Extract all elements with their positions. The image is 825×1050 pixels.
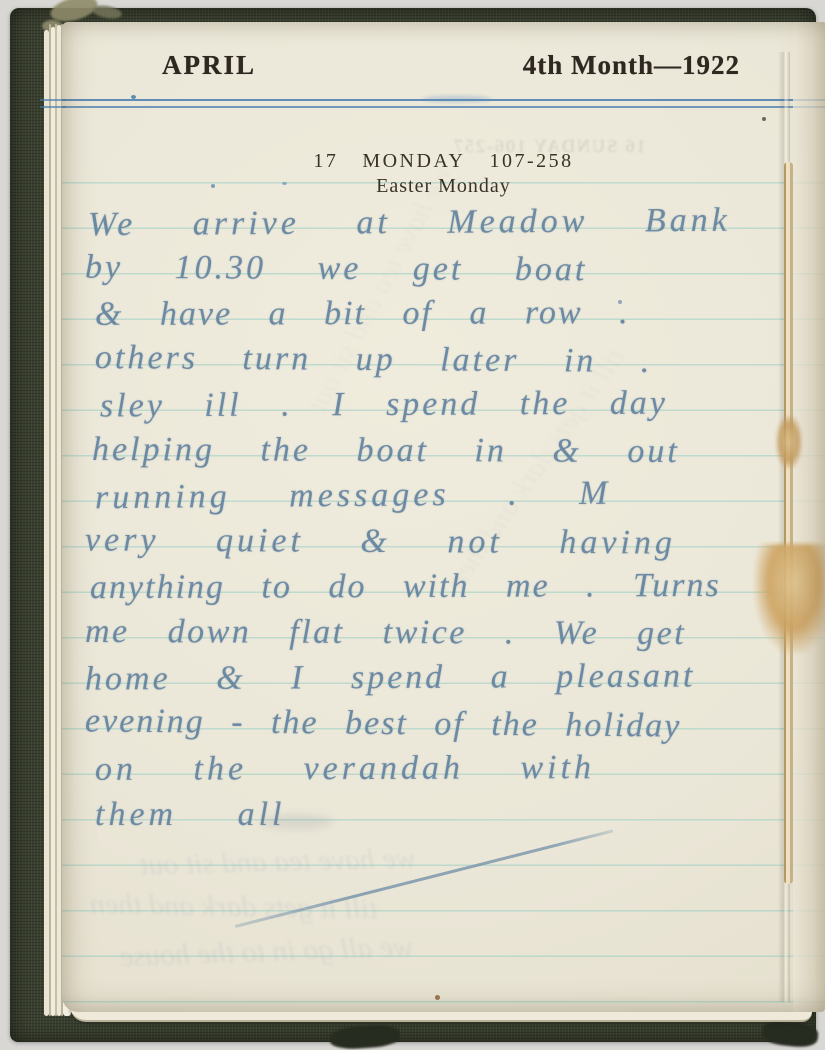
day-name: MONDAY (362, 150, 465, 172)
ink-speck (762, 117, 766, 121)
handwriting-line: by 10.30 we get boat (85, 249, 588, 290)
handwriting-line: helping the boat in & out (92, 431, 680, 471)
handwriting-line: sley ill . I spend the day (100, 385, 668, 426)
holiday-label: Easter Monday (62, 175, 825, 198)
ink-speck (211, 184, 215, 188)
rule-dash (40, 99, 66, 101)
glue-stain (754, 544, 825, 654)
photo-background: 16 SUNDAY 106-257 we have tea and sit ou… (0, 0, 825, 1050)
month-title: APRIL (162, 50, 256, 81)
day-number: 17 (313, 150, 338, 172)
handwriting-line: very quiet & not having (85, 521, 676, 562)
handwriting-line: on the verandah with (95, 749, 595, 789)
foxing-speck (435, 995, 440, 1000)
rule-dash (40, 106, 66, 108)
ink-speck (282, 182, 287, 185)
page-numbers: 107-258 (490, 150, 574, 172)
handwriting-line: others turn up later in . (95, 339, 653, 381)
month-year-title: 4th Month—1922 (392, 50, 740, 81)
handwriting-line: & have a bit of a row . (95, 294, 630, 334)
handwriting-line: anything to do with me . Turns (90, 567, 721, 607)
diary-page: 16 SUNDAY 106-257 we have tea and sit ou… (62, 22, 825, 1012)
handwriting-line: evening - the best of the holiday (85, 702, 682, 745)
handwriting-line: running messages . M (95, 475, 612, 518)
ink-smear (422, 96, 492, 102)
ink-speck (618, 300, 622, 304)
handwriting-line: We arrive at Meadow Bank (88, 202, 731, 244)
show-through-line: till it gets dark and then (90, 887, 378, 926)
pencil-smudge (260, 814, 334, 830)
crease-ridge (784, 162, 793, 884)
show-through-line: we have tea and sit out (140, 841, 417, 882)
handwriting-line: me down flat twice . We get (85, 613, 686, 653)
next-page-strip (793, 22, 825, 1012)
blue-double-rule-bottom (62, 106, 825, 108)
handwriting-line: home & I spend a pleasant (85, 657, 696, 698)
ink-speck (131, 95, 136, 99)
date-line: 17MONDAY107-258 (62, 150, 825, 173)
handwriting-line: them all (95, 796, 285, 834)
glue-stain-small (776, 416, 802, 468)
